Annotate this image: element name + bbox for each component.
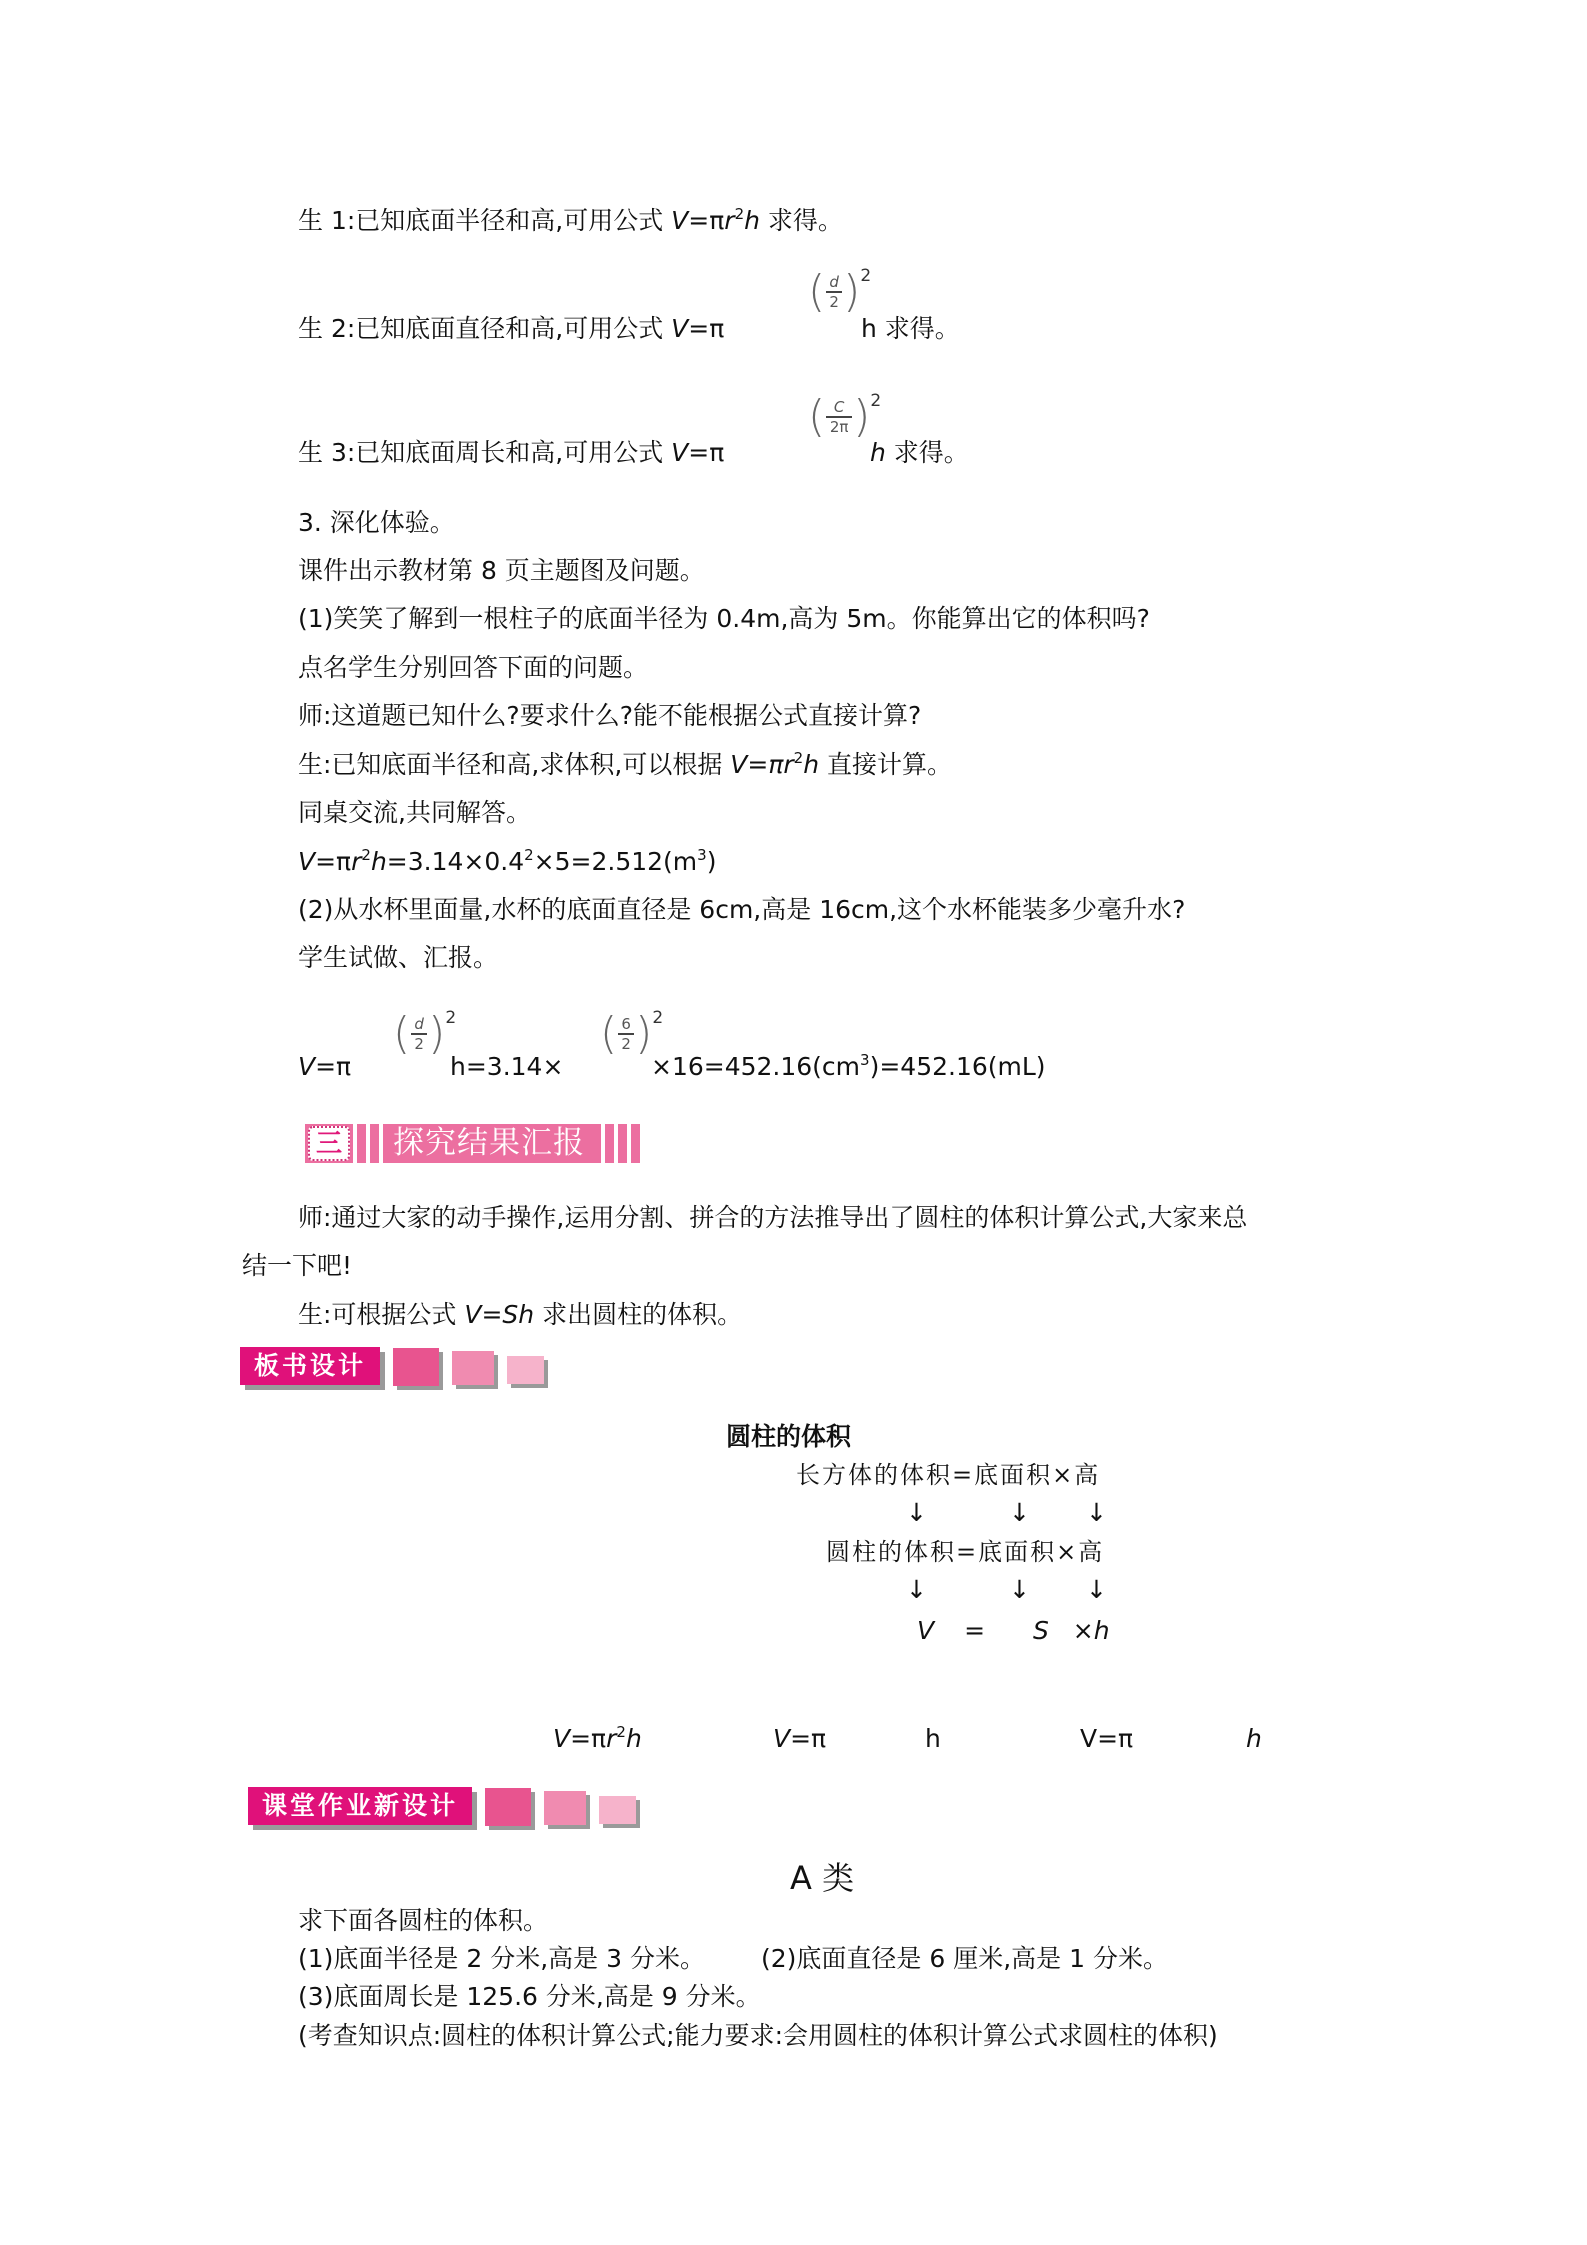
frac-num: C [834, 399, 844, 415]
frac-power: 2 [860, 266, 871, 286]
tag-label: 板书设计 [240, 1347, 380, 1385]
homework-intro: 求下面各圆柱的体积。 [298, 1906, 548, 1936]
formula-v: V [553, 1724, 570, 1753]
banner-stripe [357, 1124, 366, 1163]
arrow-icon: ↓ [1009, 1498, 1030, 1528]
formula-eq: =π [688, 314, 724, 343]
fraction-d-over-2: (d2)2 [393, 1012, 456, 1056]
formula-h: h [861, 314, 877, 343]
deepen-line: 师:这道题已知什么?要求什么?能不能根据公式直接计算? [298, 701, 921, 731]
fraction-d-over-2: (d2)2 [808, 270, 871, 314]
deepen-student-line: 生:已知底面半径和高,求体积,可以根据 V=πr2h 直接计算。 [298, 750, 952, 780]
calc-text: ×16=452.16(cm [651, 1052, 860, 1081]
line-text: 生:已知底面半径和高,求体积,可以根据 [298, 750, 730, 779]
question-2: (2)从水杯里面量,水杯的底面直径是 6cm,高是 16cm,这个水杯能装多少毫… [298, 895, 1185, 925]
formula-v: V [917, 1616, 934, 1645]
teacher-summary-line-1: 师:通过大家的动手操作,运用分割、拼合的方法推导出了圆柱的体积计算公式,大家来总 [298, 1203, 1247, 1233]
line-suffix: 求出圆柱的体积。 [534, 1300, 742, 1329]
calc-line-2-start: V=π [298, 1052, 351, 1082]
formula-h: h [1094, 1616, 1110, 1645]
deepen-line: 课件出示教材第 8 页主题图及问题。 [298, 556, 705, 586]
answer-text: 生 3:已知底面周长和高,可用公式 [298, 438, 671, 467]
decor-square [485, 1788, 531, 1826]
formula-h: h [803, 750, 819, 779]
banner-stripe [370, 1124, 379, 1163]
student-answer-3-tail: h 求得。 [870, 438, 969, 468]
arrow-icon: ↓ [906, 1575, 927, 1605]
board-row-2: 圆柱的体积=底面积×高 [826, 1537, 1104, 1567]
decor-square [544, 1791, 586, 1825]
section-title: 探究结果汇报 [383, 1124, 601, 1163]
formula-v: V [671, 206, 688, 235]
decor-square [599, 1796, 636, 1824]
homework-note: (考查知识点:圆柱的体积计算公式;能力要求:会用圆柱的体积计算公式求圆柱的体积) [298, 2021, 1218, 2051]
formula-v: V [671, 314, 688, 343]
formula-h: h [744, 206, 760, 235]
frac-num: d [414, 1016, 424, 1032]
board-formula-circumference-h: h [1246, 1724, 1262, 1754]
calc-sup: 3 [860, 1051, 870, 1069]
board-title: 圆柱的体积 [726, 1422, 851, 1452]
deepen-line: (1)笑笑了解到一根柱子的底面半径为 0.4m,高为 5m。你能算出它的体积吗? [298, 604, 1150, 634]
line-suffix: 直接计算。 [819, 750, 952, 779]
formula-eq: =π [570, 1724, 606, 1753]
pair-line: 同桌交流,共同解答。 [298, 798, 531, 828]
fraction-c-over-2pi: (C2π)2 [808, 395, 881, 439]
formula-sup: 2 [735, 205, 745, 223]
formula-eq: =π [688, 206, 724, 235]
frac-power: 2 [870, 391, 881, 411]
answer-suffix: 求得。 [877, 314, 960, 343]
formula-sup: 2 [616, 1723, 626, 1741]
homework-tag: 课堂作业新设计 [248, 1787, 636, 1826]
formula-h: h [371, 847, 387, 876]
formula-h: h [626, 1724, 642, 1753]
frac-num: d [829, 274, 839, 290]
formula-v: V [730, 750, 747, 779]
frac-den: 2 [414, 1036, 424, 1052]
formula-eq: =π [315, 847, 351, 876]
calc-line-2-mid: h=3.14× [450, 1052, 563, 1082]
board-formula-radius: V=πr2h [553, 1724, 642, 1754]
banner-stripe [631, 1124, 640, 1163]
decor-square [452, 1351, 494, 1385]
student-summary: 生:可根据公式 V=Sh 求出圆柱的体积。 [298, 1300, 742, 1330]
frac-power: 2 [652, 1008, 663, 1028]
banner-stripe [605, 1124, 614, 1163]
formula-r: r [783, 750, 793, 779]
calc-line-2-tail: ×16=452.16(cm3)=452.16(mL) [651, 1052, 1046, 1082]
formula-vsh: V=Sh [464, 1300, 534, 1329]
formula-s: S [1033, 1616, 1049, 1645]
tag-label: 课堂作业新设计 [248, 1787, 472, 1825]
formula-eq: =π [790, 1724, 826, 1753]
frac-den: 2π [830, 419, 849, 435]
answer-suffix: 求得。 [886, 438, 969, 467]
arrow-icon: ↓ [1009, 1575, 1030, 1605]
decor-square [507, 1356, 544, 1384]
formula-sup: 2 [361, 846, 371, 864]
formula-v: V [671, 438, 688, 467]
calc-sup: 3 [697, 846, 707, 864]
formula-h: h [870, 438, 886, 467]
board-formula-diameter: V=π [773, 1724, 826, 1754]
formula-eq: =π [315, 1052, 351, 1081]
arrow-icon: ↓ [1086, 1575, 1107, 1605]
board-row-1: 长方体的体积=底面积×高 [796, 1460, 1100, 1490]
formula-eq: = [964, 1616, 985, 1645]
formula-v: V [298, 847, 315, 876]
board-design-tag: 板书设计 [240, 1347, 544, 1386]
answer-suffix: 求得。 [760, 206, 843, 235]
formula-v: V [773, 1724, 790, 1753]
board-formula-circumference: V=π [1080, 1724, 1133, 1754]
homework-category: A 类 [790, 1860, 854, 1896]
formula-r: r [351, 847, 361, 876]
formula-r: r [724, 206, 734, 235]
answer-text: 生 2:已知底面直径和高,可用公式 [298, 314, 671, 343]
frac-power: 2 [445, 1008, 456, 1028]
calc-text: ×5=2.512(m [534, 847, 697, 876]
student-answer-2-tail: h 求得。 [861, 314, 960, 344]
calc-sup: 2 [524, 846, 534, 864]
section-number: 三 [308, 1126, 350, 1161]
formula-v: V [1080, 1724, 1097, 1753]
board-final-formula: V = S ×h [917, 1616, 1110, 1646]
try-line: 学生试做、汇报。 [298, 943, 498, 973]
frac-num: 6 [621, 1016, 631, 1032]
formula-eq: =π [1097, 1724, 1133, 1753]
line-text: 生:可根据公式 [298, 1300, 464, 1329]
calc-text: =3.14×0.4 [387, 847, 524, 876]
arrow-icon: ↓ [906, 1498, 927, 1528]
formula-eq: =π [688, 438, 724, 467]
frac-den: 2 [621, 1036, 631, 1052]
decor-square [393, 1348, 439, 1386]
banner-stripe [618, 1124, 627, 1163]
formula-sup: 2 [794, 749, 804, 767]
homework-q2: (2)底面直径是 6 厘米,高是 1 分米。 [761, 1944, 1168, 1974]
answer-text: 生 1:已知底面半径和高,可用公式 [298, 206, 671, 235]
deepen-heading: 3. 深化体验。 [298, 508, 455, 538]
section-banner-3: 三 探究结果汇报 [305, 1124, 640, 1167]
formula-r: r [606, 1724, 616, 1753]
formula-v: V [298, 1052, 315, 1081]
homework-q3: (3)底面周长是 125.6 分米,高是 9 分米。 [298, 1982, 761, 2012]
student-answer-3: 生 3:已知底面周长和高,可用公式 V=π [298, 438, 724, 468]
arrow-icon: ↓ [1086, 1498, 1107, 1528]
student-answer-1: 生 1:已知底面半径和高,可用公式 V=πr2h 求得。 [298, 206, 843, 236]
teacher-summary-line-2: 结一下吧! [242, 1251, 352, 1281]
formula-eq: =π [747, 750, 783, 779]
formula-times: × [1073, 1616, 1094, 1645]
calc-text: )=452.16(mL) [870, 1052, 1046, 1081]
student-answer-2: 生 2:已知底面直径和高,可用公式 V=π [298, 314, 724, 344]
calc-text: ) [707, 847, 717, 876]
board-formula-diameter-h: h [925, 1724, 941, 1754]
deepen-line: 点名学生分别回答下面的问题。 [298, 653, 648, 683]
calc-line-1: V=πr2h=3.14×0.42×5=2.512(m3) [298, 847, 716, 877]
homework-q1: (1)底面半径是 2 分米,高是 3 分米。 [298, 1944, 705, 1974]
section-number-badge: 三 [305, 1124, 353, 1163]
fraction-6-over-2: (62)2 [600, 1012, 663, 1056]
frac-den: 2 [829, 294, 839, 310]
